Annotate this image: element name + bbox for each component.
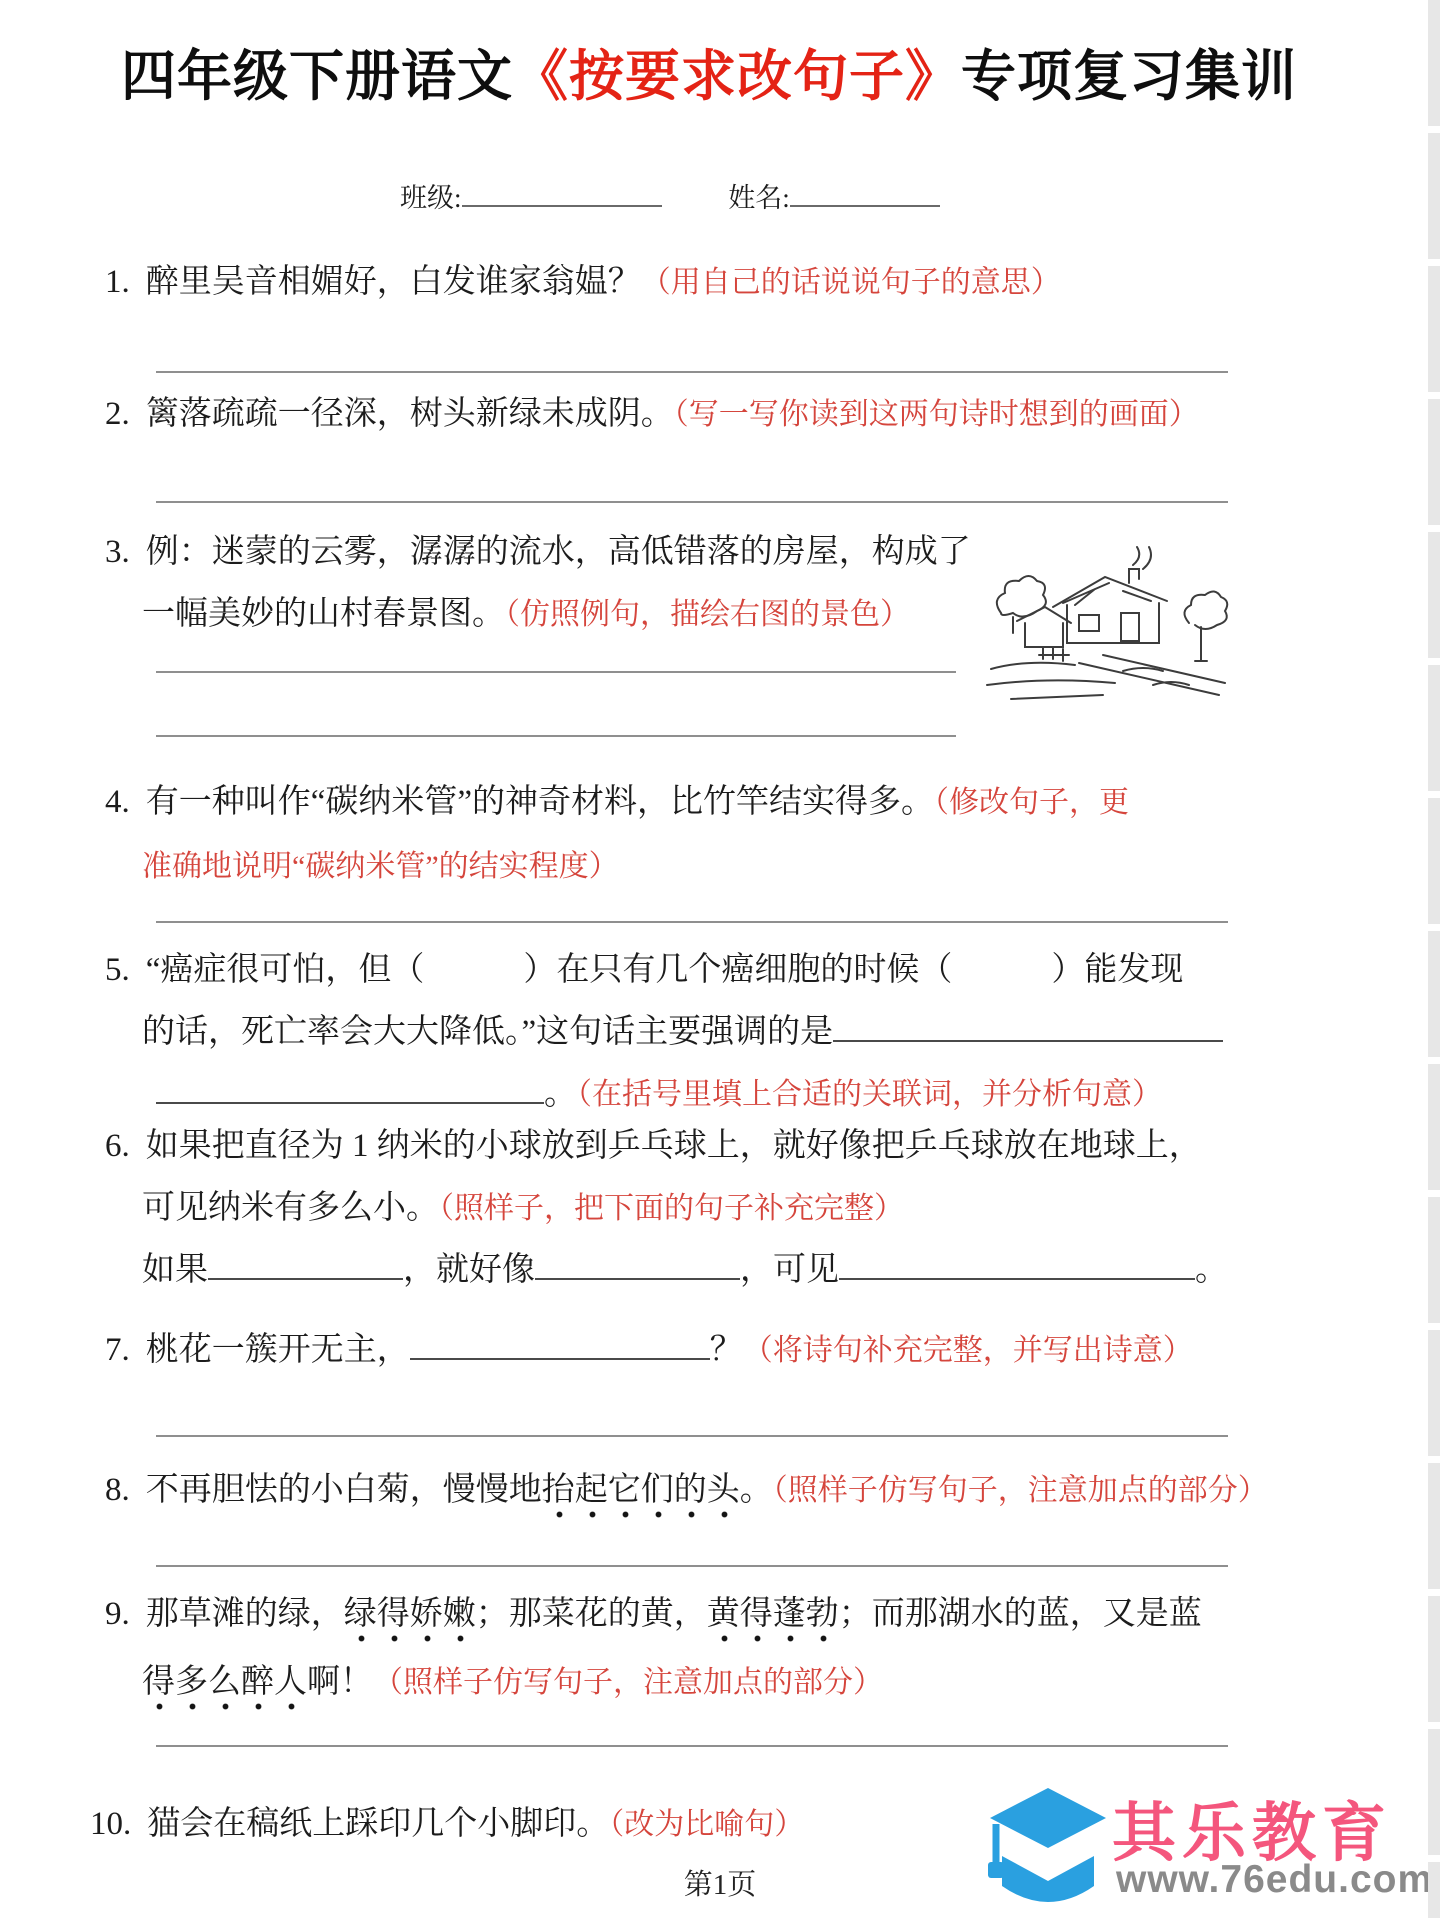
question-7: 7.桃花一簇开无主，？（将诗句补充完整，并写出诗意） xyxy=(105,1326,1193,1375)
page-title: 四年级下册语文《按要求改句子》专项复习集训 xyxy=(0,32,1418,111)
name-label: 姓名: xyxy=(728,183,790,213)
q5-inline-blank-2 xyxy=(156,1094,544,1104)
q9-note: （照样子仿写句子，注意加点的部分） xyxy=(373,1666,883,1699)
question-10: 10.猫会在稿纸上踩印几个小脚印。（改为比喻句） xyxy=(90,1800,804,1849)
title-part-2: 专项复习集训 xyxy=(961,45,1297,107)
name-blank xyxy=(790,199,940,207)
q4-note-part2: 准确地说明“碳纳米管”的结实程度） xyxy=(142,850,619,883)
question-4: 4.有一种叫作“碳纳米管”的神奇材料，比竹竿结实得多。（修改句子，更 xyxy=(105,778,1129,827)
q6-blank-2 xyxy=(535,1270,740,1280)
q8-seg1: 不再胆怯的小白菊，慢慢地 xyxy=(146,1472,542,1508)
q5-note: （在括号里填上合适的关联词，并分析句意） xyxy=(577,1078,1162,1111)
q10-text: 猫会在稿纸上踩印几个小脚印。 xyxy=(147,1806,609,1842)
question-1: 1.醉里吴音相媚好，白发谁家翁媪？（用自己的话说说句子的意思） xyxy=(105,258,1061,307)
class-blank xyxy=(462,199,662,207)
q6-fill-b: ，就好像 xyxy=(403,1252,535,1288)
q7-inline-blank xyxy=(410,1350,710,1360)
q5-punct: 。 xyxy=(544,1076,577,1112)
q9-number: 9. xyxy=(105,1590,130,1638)
title-part-red: 《按要求改句子》 xyxy=(513,45,961,107)
q9-dotted-segment-1: 绿得娇嫩 xyxy=(344,1596,476,1643)
class-field: 班级: xyxy=(400,183,662,213)
question-5-line3: 。（在括号里填上合适的关联词，并分析句意） xyxy=(156,1070,1162,1119)
q9-seg1: 那草滩的绿， xyxy=(146,1596,344,1632)
q4-text: 有一种叫作“碳纳米管”的神奇材料，比竹竿结实得多。 xyxy=(146,784,934,820)
village-sketch-image xyxy=(983,543,1230,712)
question-5-line2: 的话，死亡率会大大降低。”这句话主要强调的是 xyxy=(142,1008,1223,1056)
question-5-line1: 5.“癌症很可怕，但（ ）在只有几个癌细胞的时候（ ）能发现 xyxy=(105,946,1183,994)
class-label: 班级: xyxy=(400,183,462,213)
q1-number: 1. xyxy=(105,258,130,306)
q5-text-line2: 的话，死亡率会大大降低。”这句话主要强调的是 xyxy=(142,1014,833,1050)
q7-qmark: ？ xyxy=(710,1332,743,1368)
graduation-cap-icon xyxy=(982,1788,1110,1918)
q8-note: （照样子仿写句子，注意加点的部分） xyxy=(773,1474,1268,1507)
question-9-line1: 9.那草滩的绿，绿得娇嫩；那菜花的黄，黄得蓬勃；而那湖水的蓝，又是蓝 xyxy=(105,1590,1202,1638)
q6-fill-c: ，可见 xyxy=(740,1252,839,1288)
q6-text-line1: 如果把直径为 1 纳米的小球放到乒乓球上，就好像把乒乓球放在地球上， xyxy=(146,1128,1202,1164)
village-sketch-svg xyxy=(983,543,1230,707)
question-4-line2: 准确地说明“碳纳米管”的结实程度） xyxy=(142,842,619,891)
q3-answer-line-1 xyxy=(156,671,956,673)
logo-url-text: www.76edu.com xyxy=(1116,1858,1433,1902)
q8-answer-line xyxy=(156,1565,1228,1567)
question-6-line2: 可见纳米有多么小。（照样子，把下面的句子补充完整） xyxy=(142,1184,904,1233)
q1-note: （用自己的话说说句子的意思） xyxy=(641,266,1061,299)
q3-number: 3. xyxy=(105,528,130,576)
q4-answer-line xyxy=(156,921,1228,923)
question-6-fill-line: 如果，就好像，可见。 xyxy=(142,1246,1228,1294)
q4-note-part1: （修改句子，更 xyxy=(934,786,1129,819)
q6-blank-1 xyxy=(208,1270,403,1280)
q8-number: 8. xyxy=(105,1466,130,1514)
q2-number: 2. xyxy=(105,390,130,438)
q10-note: （改为比喻句） xyxy=(609,1808,804,1841)
q7-number: 7. xyxy=(105,1326,130,1374)
q9-answer-line xyxy=(156,1745,1228,1747)
q6-fill-end: 。 xyxy=(1195,1252,1228,1288)
q6-number: 6. xyxy=(105,1122,130,1170)
question-6-line1: 6.如果把直径为 1 纳米的小球放到乒乓球上，就好像把乒乓球放在地球上， xyxy=(105,1122,1202,1170)
question-2: 2.篱落疏疏一径深，树头新绿未成阴。（写一写你读到这两句诗时想到的画面） xyxy=(105,390,1199,439)
q1-text: 醉里吴音相媚好，白发谁家翁媪？ xyxy=(146,264,641,300)
q10-number: 10. xyxy=(90,1800,131,1848)
q4-number: 4. xyxy=(105,778,130,826)
q8-seg3: 。 xyxy=(740,1472,773,1508)
q6-note: （照样子，把下面的句子补充完整） xyxy=(439,1192,904,1225)
q1-answer-line xyxy=(156,371,1228,373)
q5-number: 5. xyxy=(105,946,130,994)
title-part-1: 四年级下册语文 xyxy=(121,45,513,107)
q7-answer-line xyxy=(156,1435,1228,1437)
header-fields: 班级: 姓名: xyxy=(400,176,1000,215)
q9-dotted-segment-3: 得多么醉人 xyxy=(142,1664,307,1711)
q5-inline-blank-1 xyxy=(833,1032,1223,1042)
q3-note: （仿照例句，描绘右图的景色） xyxy=(505,598,910,631)
q7-note: （将诗句补充完整，并写出诗意） xyxy=(743,1334,1193,1367)
q8-dotted-segment: 抬起它们的头 xyxy=(542,1472,740,1519)
question-3-line1: 3.例：迷蒙的云雾，潺潺的流水，高低错落的房屋，构成了 xyxy=(105,528,971,576)
question-8: 8.不再胆怯的小白菊，慢慢地抬起它们的头。（照样子仿写句子，注意加点的部分） xyxy=(105,1466,1268,1515)
q5-text-line1: “癌症很可怕，但（ ）在只有几个癌细胞的时候（ ）能发现 xyxy=(146,952,1184,988)
q3-text-line2: 一幅美妙的山村春景图。 xyxy=(142,596,505,632)
q9-seg5: ；而那湖水的蓝，又是蓝 xyxy=(839,1596,1202,1632)
q2-note: （写一写你读到这两句诗时想到的画面） xyxy=(674,398,1199,431)
scrollbar[interactable] xyxy=(1428,0,1440,1918)
question-3-line2: 一幅美妙的山村春景图。（仿照例句，描绘右图的景色） xyxy=(142,590,910,639)
name-field: 姓名: xyxy=(728,183,940,213)
q6-fill-a: 如果 xyxy=(142,1252,208,1288)
q2-answer-line xyxy=(156,501,1228,503)
q6-blank-3 xyxy=(839,1270,1195,1280)
worksheet-page: 四年级下册语文《按要求改句子》专项复习集训 班级: 姓名: 1.醉里吴音相媚好，… xyxy=(0,0,1440,1918)
q7-text: 桃花一簇开无主， xyxy=(146,1332,410,1368)
q2-text: 篱落疏疏一径深，树头新绿未成阴。 xyxy=(146,396,674,432)
question-9-line2: 得多么醉人啊！（照样子仿写句子，注意加点的部分） xyxy=(142,1658,883,1707)
q9-seg7: 啊！ xyxy=(307,1664,373,1700)
q3-answer-line-2 xyxy=(156,735,956,737)
q3-text-line1: 例：迷蒙的云雾，潺潺的流水，高低错落的房屋，构成了 xyxy=(146,534,971,570)
q9-seg3: ；那菜花的黄， xyxy=(476,1596,707,1632)
q6-text-line2: 可见纳米有多么小。 xyxy=(142,1190,439,1226)
q9-dotted-segment-2: 黄得蓬勃 xyxy=(707,1596,839,1643)
